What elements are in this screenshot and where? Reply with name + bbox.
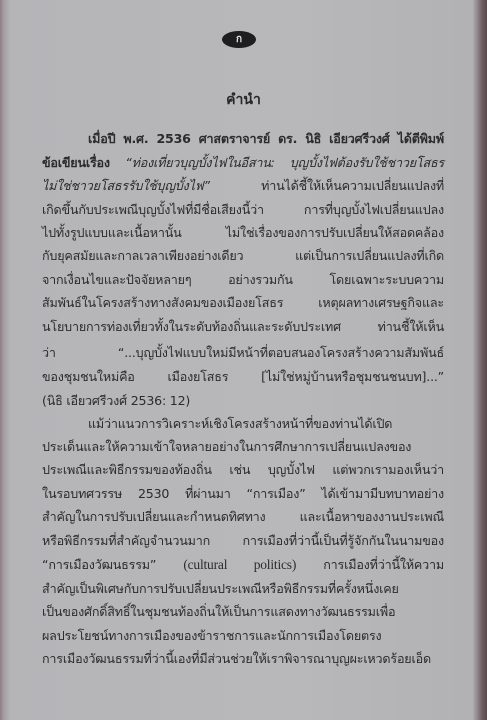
paragraph-2-line-10: ผลประโยชน์ทางการเมืองของข้าราชการและนักก… <box>42 625 444 647</box>
text-segment: “การเมืองวัฒนธรรม” <box>42 557 183 572</box>
paragraph-2-line-8: สำคัญเป็นพิเศษกับการปรับเปลี่ยนประเพณีหร… <box>42 578 444 600</box>
citation-line: (นิธิ เอียวศรีวงศ์ 2536: 12) <box>42 390 444 412</box>
text-segment: การเมืองวัฒนธรรมที่ว่านี้เองที่มีส่วนช่ว… <box>42 651 431 666</box>
text-segment: แม้ว่าแนวการวิเคราะห์เชิงโครงสร้างหน้าที… <box>88 416 392 431</box>
paragraph-2-line-7: “การเมืองวัฒนธรรม” (cultural politics) ก… <box>42 554 444 576</box>
paragraph-2-line-11: การเมืองวัฒนธรรมที่ว่านี้เองที่มีส่วนช่ว… <box>42 648 444 670</box>
text-segment: ในรอบทศวรรษ 2530 ที่ผ่านมา “การเมือง” ได… <box>42 486 444 501</box>
text-segment: ของชุมชนใหม่คือ เมืองยโสธร [ไม่ใช่หมู่บ้… <box>42 369 444 384</box>
text-segment: เป็นของศักดิ์สิทธิ์ในชุมชนท้องถิ่นให้เป็… <box>42 604 395 619</box>
paragraph-1-line-4: เกิดขึ้นกับประเพณีบุญบั้งไฟที่มีชื่อเสีย… <box>42 199 444 221</box>
text-segment: ไปทั้งรูปแบบและเนื้อหานั้น ไม่ใช่เรื่องข… <box>42 225 444 240</box>
text-segment: ผลประโยชน์ทางการเมืองของข้าราชการและนักก… <box>42 628 382 643</box>
text-segment: จากเงื่อนไขและปัจจัยหลายๆ อย่างรวมกัน โด… <box>42 272 444 287</box>
text-segment: ข้อเขียนเรื่อง <box>42 155 125 170</box>
text-segment: สำคัญในการปรับเปลี่ยนและกำหนดทิศทาง และเ… <box>42 509 444 524</box>
paragraph-1-line-7: จากเงื่อนไขและปัจจัยหลายๆ อย่างรวมกัน โด… <box>42 269 444 291</box>
paragraph-1-line-6: กับยุคสมัยและกาลเวลาเพียงอย่างเดียว แต่เ… <box>42 245 444 267</box>
text-segment: ประเพณีและพิธีกรรมของท้องถิ่น เช่น บุญบั… <box>42 462 444 477</box>
page-title: คำนำ <box>0 89 487 111</box>
book-page: ก คำนำ เมื่อปี พ.ศ. 2536 ศาสตราจารย์ ดร.… <box>0 0 487 720</box>
text-segment: สำคัญเป็นพิเศษกับการปรับเปลี่ยนประเพณีหร… <box>42 581 399 596</box>
article-title-italic: ไม่ใช่ชาวยโสธรรับใช้บุญบั้งไฟ” <box>42 178 210 193</box>
text-segment: หรือพิธีกรรมที่สำคัญจำนวนมาก การเมืองที่… <box>42 533 444 548</box>
text-segment: ท่านได้ชี้ให้เห็นความเปลี่ยนแปลงที่ <box>210 178 444 193</box>
paragraph-1-line-1: เมื่อปี พ.ศ. 2536 ศาสตราจารย์ ดร. นิธิ เ… <box>88 128 444 150</box>
text-segment: กับยุคสมัยและกาลเวลาเพียงอย่างเดียว แต่เ… <box>42 248 444 263</box>
paragraph-2-line-9: เป็นของศักดิ์สิทธิ์ในชุมชนท้องถิ่นให้เป็… <box>42 601 444 623</box>
citation: (นิธิ เอียวศรีวงศ์ 2536: 12) <box>42 393 190 408</box>
article-title-italic: “ท่องเที่ยวบุญบั้งไฟในอีสาน: บุญบั้งไฟต้… <box>125 155 444 170</box>
paragraph-2-line-6: หรือพิธีกรรมที่สำคัญจำนวนมาก การเมืองที่… <box>42 530 444 552</box>
paragraph-2-line-1: แม้ว่าแนวการวิเคราะห์เชิงโครงสร้างหน้าที… <box>88 413 444 435</box>
paragraph-2-line-3: ประเพณีและพิธีกรรมของท้องถิ่น เช่น บุญบั… <box>42 459 444 481</box>
english-term: (cultural politics) <box>183 557 296 572</box>
paragraph-1-line-8: สัมพันธ์ในโครงสร้างทางสังคมของเมืองยโสธร… <box>42 292 444 314</box>
paragraph-2-line-4: ในรอบทศวรรษ 2530 ที่ผ่านมา “การเมือง” ได… <box>42 483 444 505</box>
paragraph-2-line-5: สำคัญในการปรับเปลี่ยนและกำหนดทิศทาง และเ… <box>42 506 444 528</box>
text-segment: ว่า “...บุญบั้งไฟแบบใหม่มีหน้าที่ตอบสนอง… <box>42 345 444 360</box>
paragraph-1-line-5: ไปทั้งรูปแบบและเนื้อหานั้น ไม่ใช่เรื่องข… <box>42 222 444 244</box>
page-number-badge: ก <box>222 31 256 48</box>
paragraph-1-line-2: ข้อเขียนเรื่อง “ท่องเที่ยวบุญบั้งไฟในอีส… <box>42 152 444 174</box>
text-segment: เมื่อปี พ.ศ. 2536 ศาสตราจารย์ ดร. นิธิ เ… <box>88 131 444 146</box>
quote-line-2: ของชุมชนใหม่คือ เมืองยโสธร [ไม่ใช่หมู่บ้… <box>42 366 444 388</box>
text-segment: ประเด็นและให้ความเข้าใจหลายอย่างในการศึก… <box>42 439 411 454</box>
paragraph-1-line-9: นโยบายการท่องเที่ยวทั้งในระดับท้องถิ่นแล… <box>42 316 444 338</box>
quote-line-1: ว่า “...บุญบั้งไฟแบบใหม่มีหน้าที่ตอบสนอง… <box>42 342 444 364</box>
text-segment: สัมพันธ์ในโครงสร้างทางสังคมของเมืองยโสธร… <box>42 295 444 310</box>
text-segment: การเมืองที่ว่านี้ให้ความ <box>296 557 444 572</box>
paragraph-2-line-2: ประเด็นและให้ความเข้าใจหลายอย่างในการศึก… <box>42 436 444 458</box>
paragraph-1-line-3: ไม่ใช่ชาวยโสธรรับใช้บุญบั้งไฟ” ท่านได้ชี… <box>42 175 444 197</box>
text-segment: เกิดขึ้นกับประเพณีบุญบั้งไฟที่มีชื่อเสีย… <box>42 202 444 217</box>
text-segment: นโยบายการท่องเที่ยวทั้งในระดับท้องถิ่นแล… <box>42 319 444 334</box>
